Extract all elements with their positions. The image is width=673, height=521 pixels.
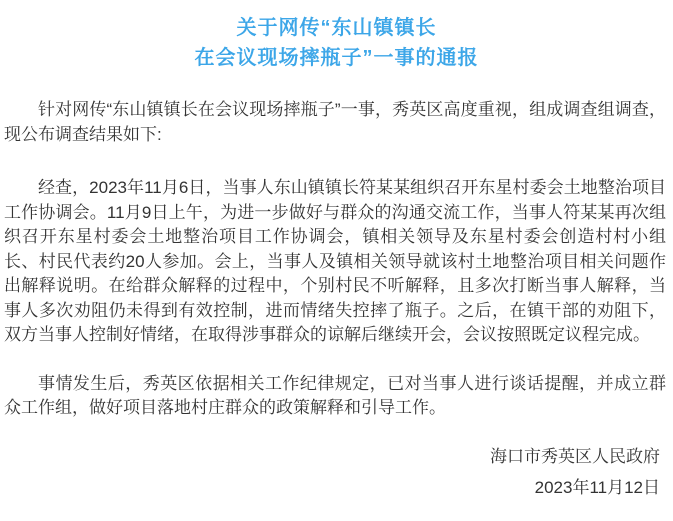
notice-title-line-2: 在会议现场摔瓶子”一事的通报 <box>0 43 673 73</box>
issuer-signature: 海口市秀英区人民政府 <box>0 441 660 472</box>
signature-block: 海口市秀英区人民政府 2023年11月12日 <box>0 441 673 503</box>
notice-title: 关于网传“东山镇镇长 在会议现场摔瓶子”一事的通报 <box>0 0 673 73</box>
notice-page: 关于网传“东山镇镇长 在会议现场摔瓶子”一事的通报 针对网传“东山镇镇长在会议现… <box>0 0 673 521</box>
paragraph-investigation: 经查，2023年11月6日，当事人东山镇镇长符某某组织召开东星村委会土地整治项目… <box>4 176 666 348</box>
paragraph-intro: 针对网传“东山镇镇长在会议现场摔瓶子”一事，秀英区高度重视，组成调查组调查，现公… <box>4 98 666 147</box>
notice-title-line-1: 关于网传“东山镇镇长 <box>0 13 673 43</box>
paragraph-followup: 事情发生后，秀英区依据相关工作纪律规定，已对当事人进行谈话提醒，并成立群众工作组… <box>4 372 666 421</box>
notice-body: 针对网传“东山镇镇长在会议现场摔瓶子”一事，秀英区高度重视，组成调查组调查，现公… <box>0 98 673 421</box>
issue-date: 2023年11月12日 <box>0 472 660 503</box>
